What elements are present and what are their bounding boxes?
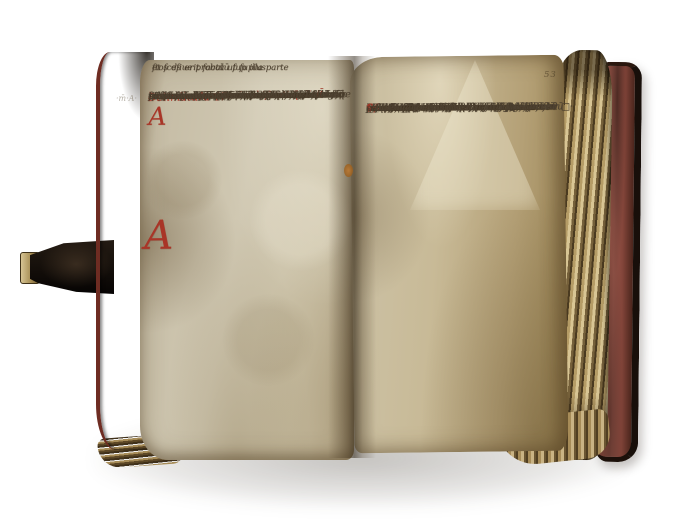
red-initial-A-large: A xyxy=(144,217,173,255)
margin-note: ·m̄·A· xyxy=(116,94,137,103)
left-page-parchment xyxy=(140,60,354,460)
folio-number: 53 xyxy=(544,70,557,80)
script-text: itex claude ī uaſe p̄dicto et pone ad xyxy=(148,87,320,105)
right-page-text-block: igne ſicut ſupius dictum ē et hoc fac 10… xyxy=(366,99,564,100)
manuscript-photo: ſtos eſiue probatū ſup illa parteet ſcds… xyxy=(0,0,685,522)
wax-stain xyxy=(344,164,353,177)
script-text: et ſcds erit factū ut ſupius xyxy=(152,62,266,75)
red-initial-A: A xyxy=(148,104,166,130)
script-text: crude accipe de iſta xyxy=(366,100,462,117)
